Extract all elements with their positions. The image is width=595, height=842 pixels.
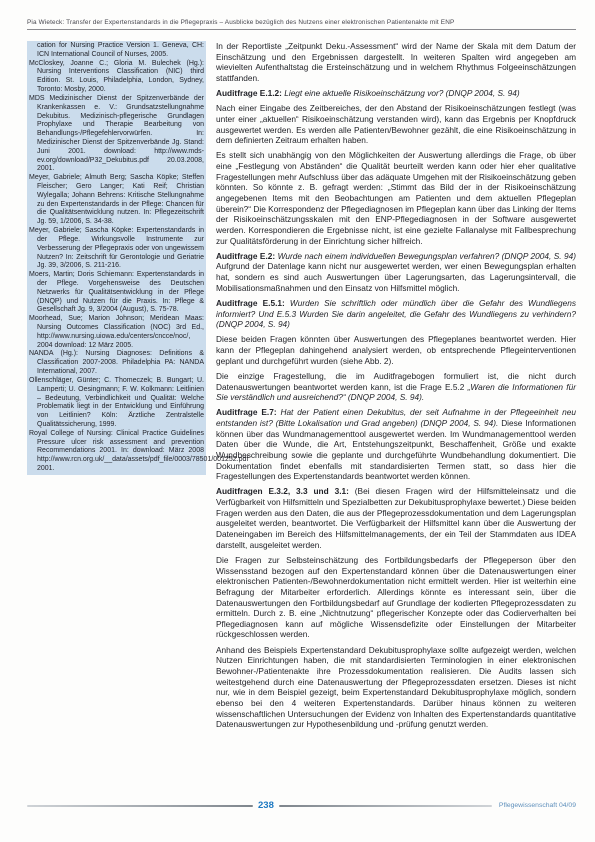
paragraph-text: Diese beiden Fragen könnten über Auswert… — [216, 334, 576, 365]
reference-entry: MDS Medizinischer Dienst der Spitzenverb… — [29, 95, 204, 174]
paragraph: Nach einer Eingabe des Zeitbereiches, de… — [216, 103, 576, 146]
paragraph: Anhand des Beispiels Expertenstandard De… — [216, 645, 576, 730]
footer-rule-left — [27, 805, 253, 808]
paragraph: In der Reportliste „Zeitpunkt Deku.-Asse… — [216, 41, 576, 84]
page-footer: 238 Pflegewissenschaft 04/09 — [27, 801, 576, 811]
audit-question-paragraph: Auditfragen E.3.2, 3.3 und 3.1: (Bei die… — [216, 486, 576, 550]
audit-question-label: Auditfrage E.1.2: — [216, 88, 284, 98]
audit-question-paragraph: Auditfrage E.7: Hat der Patient einen De… — [216, 407, 576, 482]
reference-entry: Moorhead, Sue; Marion Johnson; Meridean … — [29, 315, 204, 350]
reference-entry: Moers, Martin; Doris Schiemann: Experten… — [29, 271, 204, 315]
page-number: 238 — [258, 801, 274, 811]
audit-question-heading: Auditfrage E.1.2: Liegt eine aktuelle Ri… — [216, 88, 576, 99]
reference-entry: cation for Nursing Practice Version 1. G… — [29, 42, 204, 60]
document-page: Pia Wieteck: Transfer der Expertenstanda… — [0, 0, 595, 842]
audit-question-text: Liegt eine aktuelle Risikoeinschätzung v… — [284, 88, 519, 98]
paragraph-text: Es stellt sich unabhängig von den Möglic… — [216, 150, 576, 245]
paragraph-text: In der Reportliste „Zeitpunkt Deku.-Asse… — [216, 41, 576, 83]
paragraph: Die einzige Fragestellung, die im Auditf… — [216, 371, 576, 403]
running-header: Pia Wieteck: Transfer der Expertenstanda… — [27, 19, 576, 30]
paragraph: Die Fragen zur Selbsteinschätzung des Fo… — [216, 555, 576, 640]
audit-question-label: Auditfrage E.5.1: — [216, 298, 290, 308]
paragraph-text: Anhand des Beispiels Expertenstandard De… — [216, 645, 576, 730]
content-columns: cation for Nursing Practice Version 1. G… — [27, 41, 576, 734]
reference-entry: McCloskey, Joanne C.; Gloria M. Bulechek… — [29, 60, 204, 95]
reference-entry: Meyer, Gabriele; Almuth Berg; Sascha Köp… — [29, 174, 204, 227]
paragraph-text: Nach einer Eingabe des Zeitbereiches, de… — [216, 103, 576, 145]
references-column: cation for Nursing Practice Version 1. G… — [27, 41, 206, 475]
audit-question-heading: Auditfrage E.5.1: Wurden Sie schriftlich… — [216, 298, 576, 330]
audit-question-paragraph: Auditfrage E.2: Wurde nach einem individ… — [216, 251, 576, 294]
reference-entry: NANDA (Hg.): Nursing Diagnoses: Definiti… — [29, 350, 204, 376]
audit-question-label: Auditfrage E.2: — [216, 251, 278, 261]
main-text-column: In der Reportliste „Zeitpunkt Deku.-Asse… — [216, 41, 576, 734]
reference-entry: Meyer, Gabriele; Sascha Köpke: Expertens… — [29, 227, 204, 271]
running-title: Pia Wieteck: Transfer der Expertenstanda… — [27, 19, 454, 26]
paragraph: Es stellt sich unabhängig von den Möglic… — [216, 150, 576, 246]
audit-question-label: Auditfrage E.7: — [216, 407, 280, 417]
paragraph-text: Aufgrund der Datenlage kann nicht nur au… — [216, 261, 576, 292]
reference-entry: Royal College of Nursing: Clinical Pract… — [29, 430, 204, 474]
footer-rule-right — [279, 805, 492, 808]
journal-issue-label: Pflegewissenschaft 04/09 — [499, 802, 576, 809]
paragraph-text: Die Fragen zur Selbsteinschätzung des Fo… — [216, 555, 576, 640]
audit-question-label: Auditfragen E.3.2, 3.3 und 3.1: — [216, 486, 355, 496]
audit-question-text: Wurde nach einem individuellen Bewegungs… — [278, 251, 576, 261]
reference-entry: Ollenschläger, Günter; C. Thomeczek; B. … — [29, 377, 204, 430]
paragraph: Diese beiden Fragen könnten über Auswert… — [216, 334, 576, 366]
